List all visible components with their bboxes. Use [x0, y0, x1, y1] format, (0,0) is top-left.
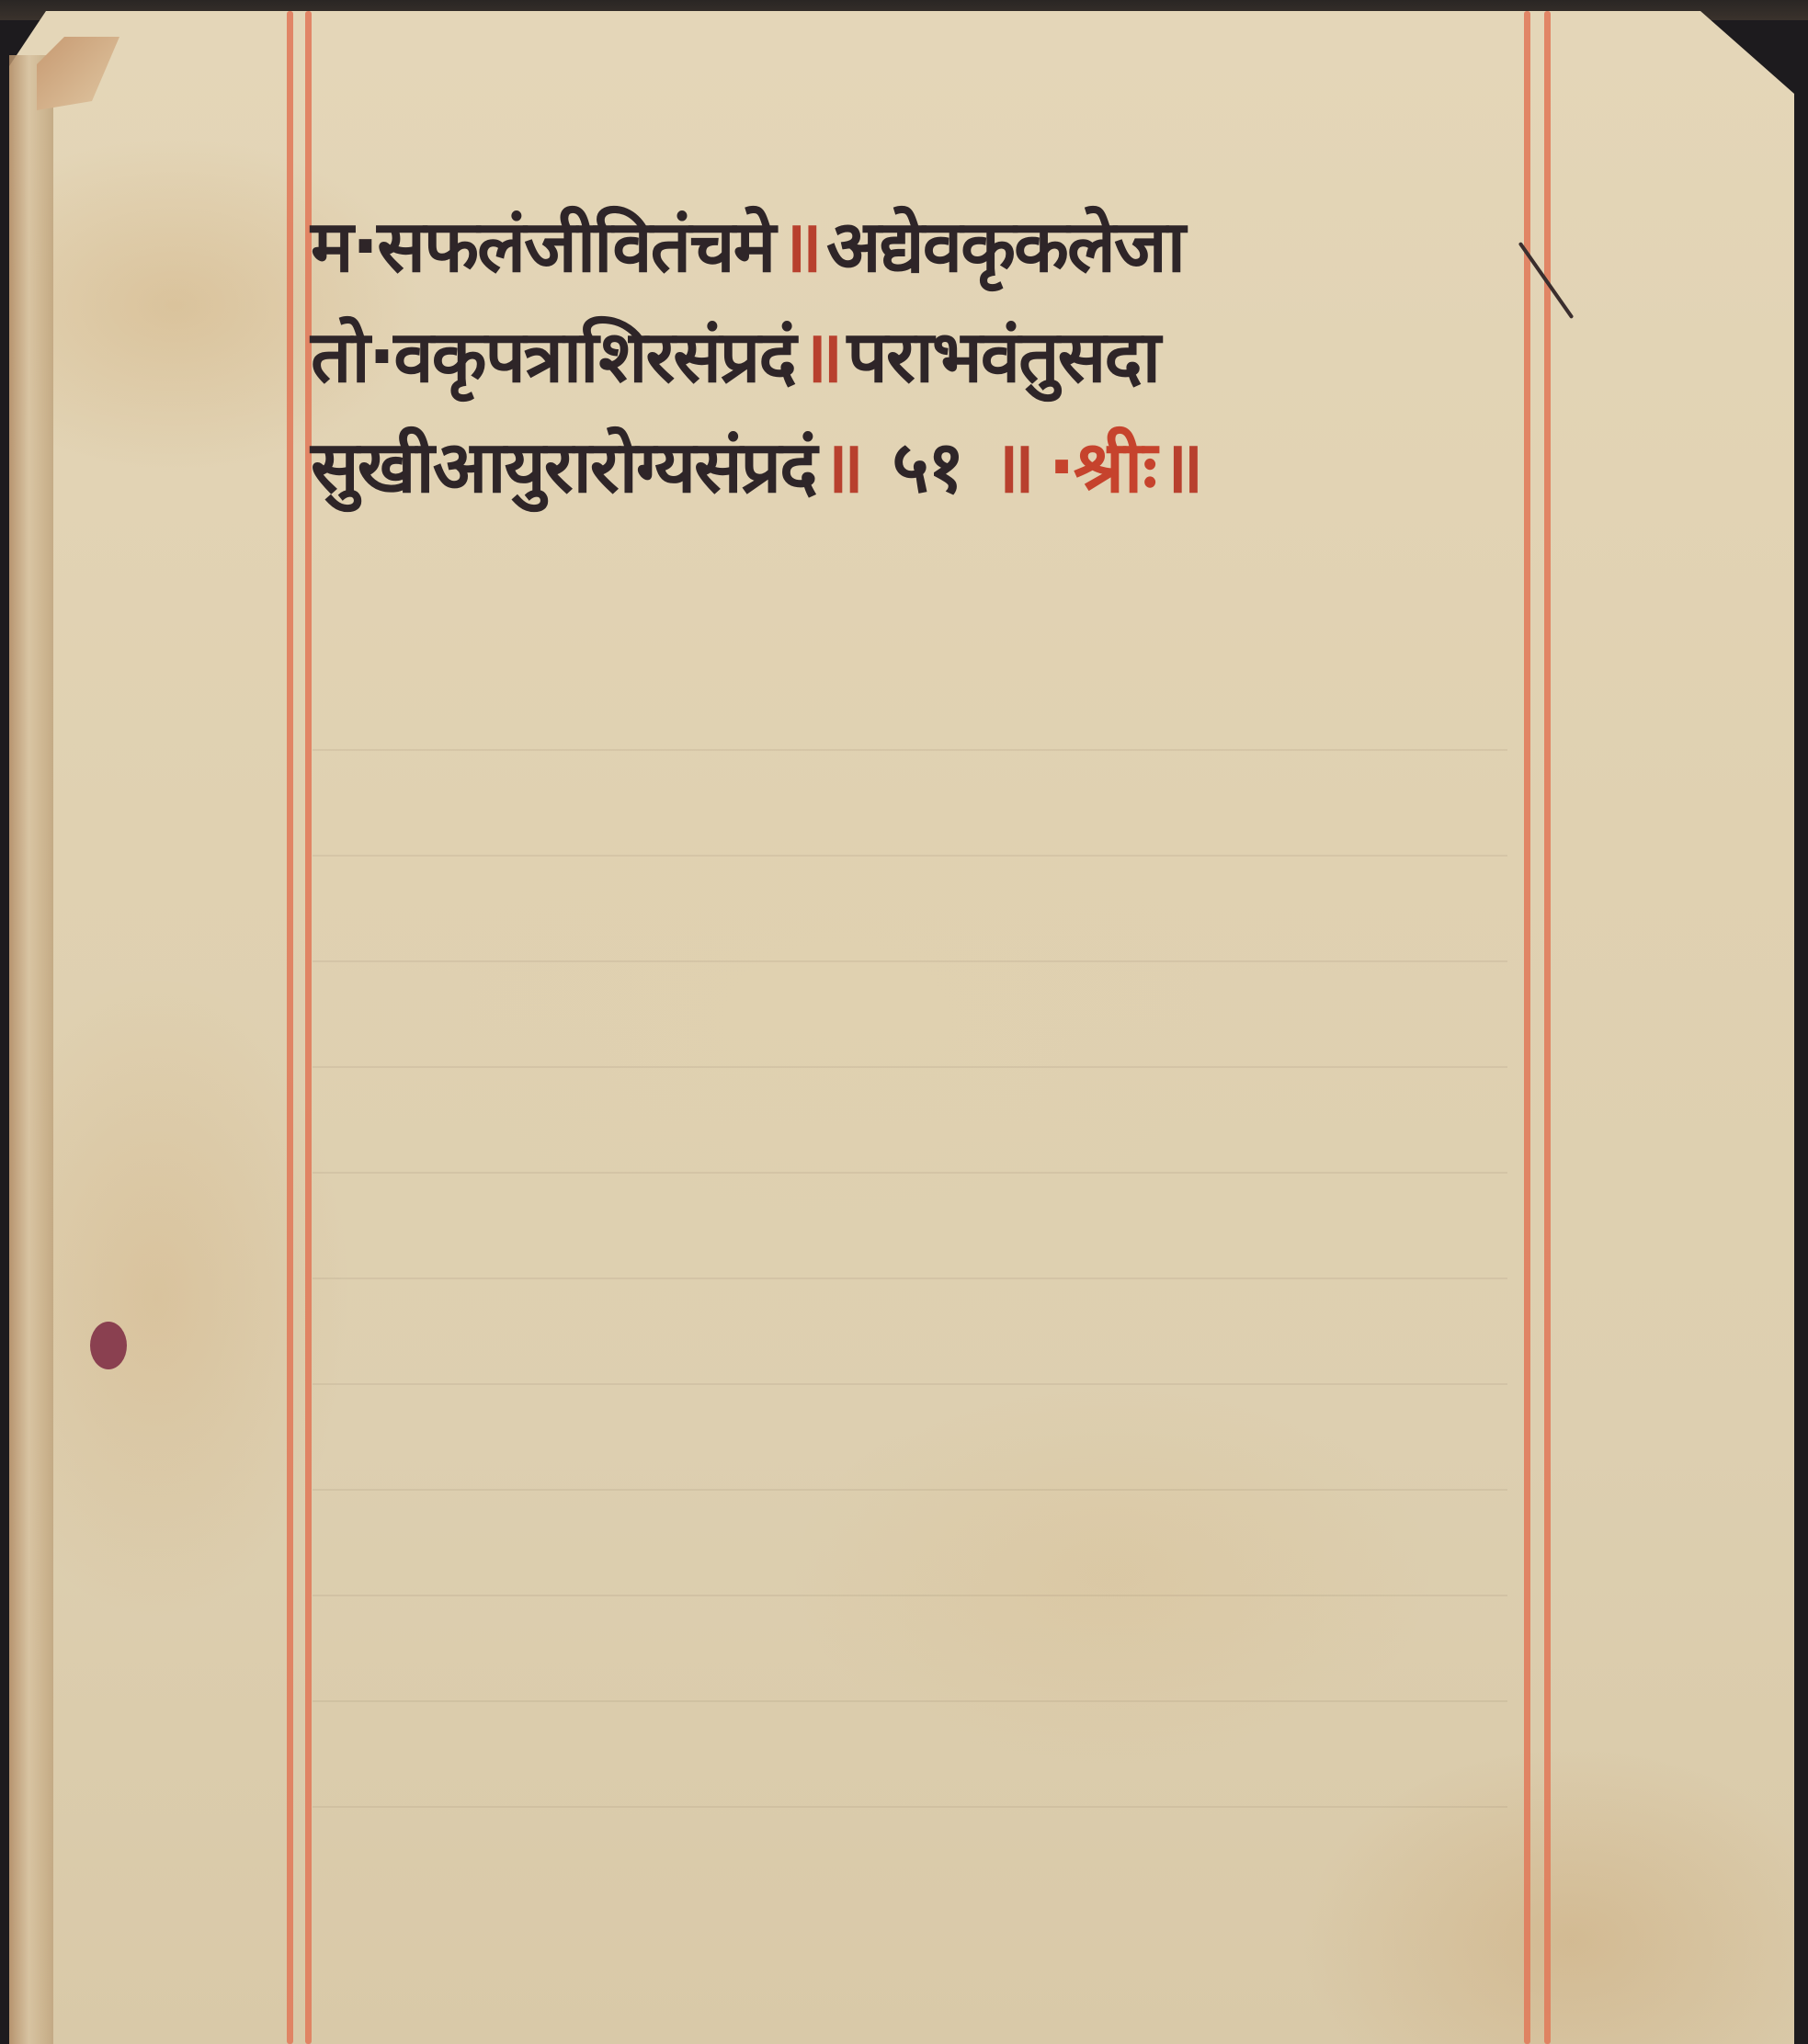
text-line-2: तो·वकृपत्राशिरसंप्रदं ॥ पराभवंतुसदा	[311, 299, 1533, 409]
line-2-text-a: तो·वकृपत्राशिरसंप्रदं	[311, 305, 795, 403]
faint-ruling-line	[313, 855, 1507, 857]
line-1-text-b: अद्येवकृकलेजा	[826, 195, 1184, 292]
manuscript-text: म·सफलंजीवितंचमे ॥ अद्येवकृकलेजा तो·वकृपत…	[311, 188, 1533, 519]
line-2-text-b: पराभवंतुसदा	[847, 305, 1159, 403]
line-1-text-a: म·सफलंजीवितंचमे	[311, 195, 774, 292]
rubric-mark: ·श्रीः	[1048, 415, 1155, 513]
faint-ruling-line	[313, 1700, 1507, 1702]
danda-mark: ॥	[779, 195, 821, 292]
binding-edge	[9, 55, 53, 2044]
danda-mark: ॥	[801, 305, 842, 403]
faint-ruling-line	[313, 1489, 1507, 1491]
faint-ruling-line	[313, 1806, 1507, 1808]
faint-ruling-line	[313, 1383, 1507, 1385]
faint-ruling-line	[313, 749, 1507, 751]
faint-ruling-line	[313, 960, 1507, 962]
faint-ruling-line	[313, 1172, 1507, 1174]
text-line-1: म·सफलंजीवितंचमे ॥ अद्येवकृकलेजा	[311, 188, 1533, 299]
right-margin-rule-outer	[1544, 11, 1551, 2044]
ink-stain	[90, 1322, 127, 1369]
danda-mark: ॥	[822, 415, 863, 513]
faint-ruling-line	[313, 1066, 1507, 1068]
faint-ruling-line	[313, 1595, 1507, 1596]
text-line-3: सुखीआयुरारोग्यसंप्रदं ॥ ५१ ॥ ·श्रीः ॥	[311, 409, 1533, 519]
danda-mark: ॥	[1161, 415, 1202, 513]
faint-ruling-line	[313, 1277, 1507, 1279]
verse-number: ५१	[892, 415, 962, 513]
left-margin-rule-outer	[287, 11, 293, 2044]
line-3-text-a: सुखीआयुरारोग्यसंप्रदं	[311, 415, 816, 513]
danda-mark: ॥	[992, 415, 1033, 513]
